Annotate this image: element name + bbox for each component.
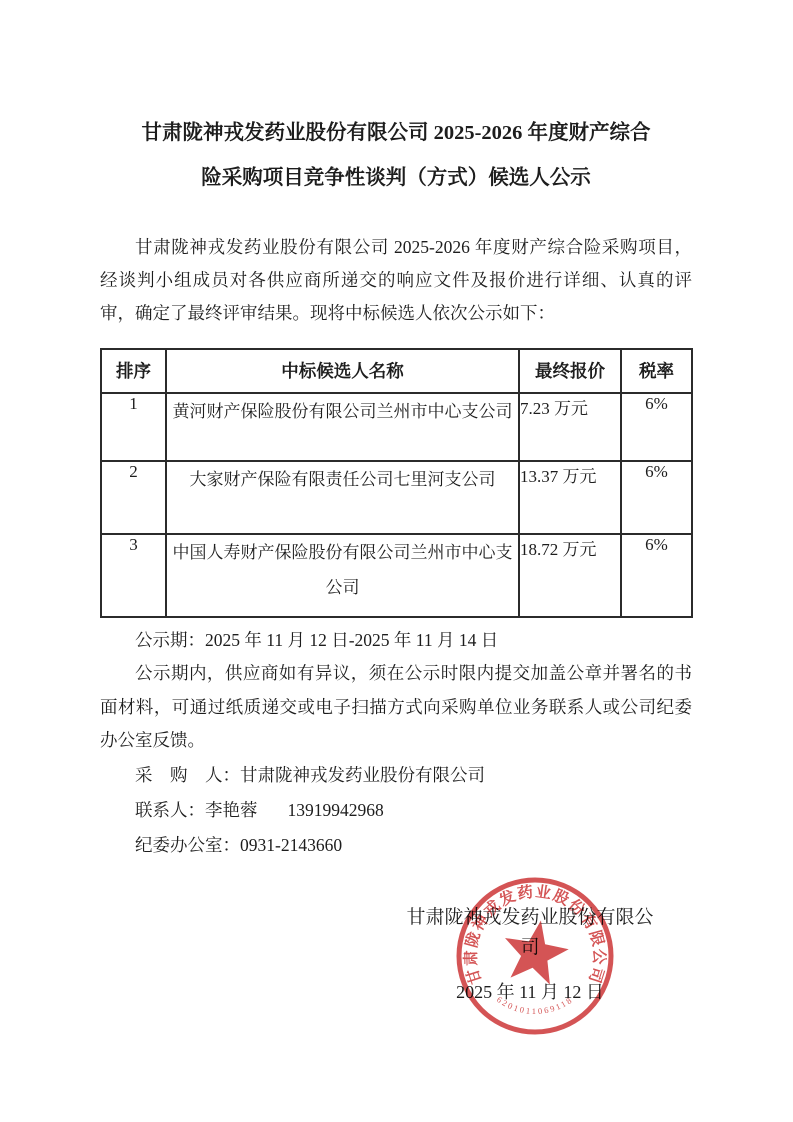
cell-price: 18.72 万元	[519, 534, 621, 617]
table-row: 2 大家财产保险有限责任公司七里河支公司 13.37 万元 6%	[101, 461, 692, 534]
cell-price: 7.23 万元	[519, 393, 621, 461]
results-table: 排序 中标候选人名称 最终报价 税率 1 黄河财产保险股份有限公司兰州市中心支公…	[100, 348, 693, 618]
seal-number-text: 6201011069118	[495, 994, 575, 1016]
cell-tax: 6%	[621, 534, 692, 617]
table-row: 3 中国人寿财产保险股份有限公司兰州市中心支公司 18.72 万元 6%	[101, 534, 692, 617]
cell-rank: 1	[101, 393, 166, 461]
document-page: 甘肃陇神戎发药业股份有限公司 2025-2026 年度财产综合 险采购项目竞争性…	[0, 0, 793, 1122]
cell-tax: 6%	[621, 461, 692, 534]
objection-paragraph: 公示期内，供应商如有异议，须在公示时限内提交加盖公章并署名的书面材料，可通过纸质…	[100, 657, 692, 758]
publicity-period: 公示期：2025 年 11 月 12 日-2025 年 11 月 14 日	[100, 624, 692, 658]
header-tax: 税率	[621, 349, 692, 393]
title-line-1: 甘肃陇神戎发药业股份有限公司 2025-2026 年度财产综合	[100, 111, 692, 156]
post-table-text: 公示期：2025 年 11 月 12 日-2025 年 11 月 14 日 公示…	[100, 624, 692, 863]
title-line-2: 险采购项目竞争性谈判（方式）候选人公示	[100, 156, 692, 201]
header-price: 最终报价	[519, 349, 621, 393]
seal-star-icon	[505, 921, 569, 985]
intro-paragraph: 甘肃陇神戎发药业股份有限公司 2025-2026 年度财产综合险采购项目，经谈判…	[100, 231, 692, 330]
contact-phone: 13919942968	[288, 800, 384, 820]
purchaser-label: 采 购 人：	[135, 765, 240, 785]
purchaser-value: 甘肃陇神戎发药业股份有限公司	[240, 765, 485, 785]
office-label: 纪委办公室：	[135, 835, 240, 855]
cell-tax: 6%	[621, 393, 692, 461]
svg-text:6201011069118: 6201011069118	[495, 994, 575, 1016]
contact-label: 联系人：	[135, 800, 205, 820]
cell-name: 大家财产保险有限责任公司七里河支公司	[166, 461, 519, 534]
cell-price: 13.37 万元	[519, 461, 621, 534]
table-header-row: 排序 中标候选人名称 最终报价 税率	[101, 349, 692, 393]
office-phone: 0931-2143660	[240, 835, 342, 855]
document-content: 甘肃陇神戎发药业股份有限公司 2025-2026 年度财产综合 险采购项目竞争性…	[100, 0, 692, 863]
contact-line: 联系人：李艳蓉13919942968	[100, 793, 692, 828]
header-name: 中标候选人名称	[166, 349, 519, 393]
table-row: 1 黄河财产保险股份有限公司兰州市中心支公司 7.23 万元 6%	[101, 393, 692, 461]
contact-name: 李艳蓉	[205, 800, 258, 820]
purchaser-line: 采 购 人：甘肃陇神戎发药业股份有限公司	[100, 758, 692, 793]
cell-name: 黄河财产保险股份有限公司兰州市中心支公司	[166, 393, 519, 461]
cell-rank: 3	[101, 534, 166, 617]
office-line: 纪委办公室：0931-2143660	[100, 828, 692, 863]
cell-name: 中国人寿财产保险股份有限公司兰州市中心支公司	[166, 534, 519, 617]
company-seal: 甘肃陇神戎发药业股份有限公司 6201011069118	[450, 871, 620, 1041]
document-title: 甘肃陇神戎发药业股份有限公司 2025-2026 年度财产综合 险采购项目竞争性…	[100, 0, 692, 201]
header-rank: 排序	[101, 349, 166, 393]
cell-rank: 2	[101, 461, 166, 534]
